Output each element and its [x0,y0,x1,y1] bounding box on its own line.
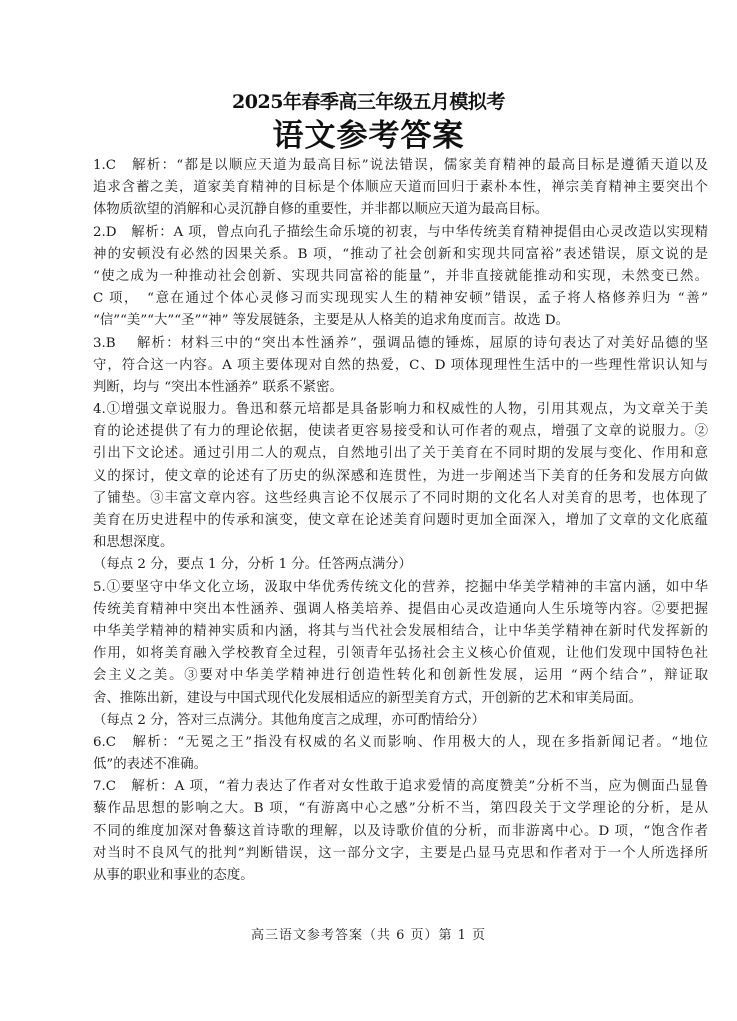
scoring-note: （每点 2 分，要点 1 分，分析 1 分。任答两点满分） [93,554,708,576]
text-line: 中华美学精神的精神实质和内涵，将其与当代社会发展相结合，让中华美学精神在新时代发… [93,621,708,643]
text-line: C 项， “意在通过个体心灵修习而实现现实人生的精神安顿”错误，孟子将人格修养归… [93,288,708,310]
text-line: 对当时不良风气的批判”判断错误，这一部分文字，主要是凸显马克思和作者对于一个人所… [93,843,708,865]
text-line: “使之成为一种推动社会创新、实现共同富裕的能量”，并非直接就能推动和实现，未然变… [93,266,708,288]
text-line: 2.D 解析：A 项，曾点向孔子描绘生命乐境的初衷，与中华传统美育精神提倡由心灵… [93,222,708,244]
answers-body: 1.C 解析：“都是以顺应天道为最高目标”说法错误，儒家美育精神的最高目标是遵循… [93,155,708,887]
text-line: 3.B 解析：材料三中的“突出本性涵养”，强调品德的锤炼，屈原的诗句表达了对美好… [93,333,708,355]
text-line: 不同的维度加深对鲁藜这首诗歌的理解，以及诗歌价值的分析，而非游离中心。D 项，“… [93,821,708,843]
text-line: 义的探讨，使文章的论述有了历史的纵深感和连贯性，为进一步阐述当下美育的任务和发展… [93,466,708,488]
text-line: 7.C 解析：A 项，“着力表达了作者对女性敢于追求爱情的高度赞美”分析不当，应… [93,776,708,798]
text-line: “信”“美”“大”“圣”“神” 等发展链条，主要是从人格美的追求角度而言。故选 … [93,310,708,332]
text-line: 育的论述提供了有力的理论依据，使读者更容易接受和认可作者的观点，增强了文章的说服… [93,421,708,443]
text-line: 从事的职业和事业的态度。 [93,865,708,887]
text-line: 和思想深度。 [93,532,708,554]
text-line: 会主义之美。③要对中华美学精神进行创造性转化和创新性发展，运用 “两个结合”，辩… [93,665,708,687]
answer-q1: 1.C 解析：“都是以顺应天道为最高目标”说法错误，儒家美育精神的最高目标是遵循… [93,155,708,222]
text-line: 5.①要坚守中华文化立场，汲取中华优秀传统文化的营养，挖掘中华美学精神的丰富内涵… [93,577,708,599]
text-line: 1.C 解析：“都是以顺应天道为最高目标”说法错误，儒家美育精神的最高目标是遵循… [93,155,708,177]
answer-q5: 5.①要坚守中华文化立场，汲取中华优秀传统文化的营养，挖掘中华美学精神的丰富内涵… [93,577,708,732]
answer-q6: 6.C 解析：“无冕之王”指没有权威的名义而影响、作用极大的人，现在多指新闻记者… [93,732,708,776]
answer-q4: 4.①增强文章说服力。鲁迅和蔡元培都是具备影响力和权威性的人物，引用其观点，为文… [93,399,708,577]
document-title: 语文参考答案 [0,110,737,155]
text-line: 传统美育精神中突出本性涵养、强调人格美培养、提倡由心灵改造通向人生乐境等内容。②… [93,599,708,621]
answer-q2: 2.D 解析：A 项，曾点向孔子描绘生命乐境的初衷，与中华传统美育精神提倡由心灵… [93,222,708,333]
text-line: 判断，均与 “突出本性涵养” 联系不紧密。 [93,377,708,399]
text-line: 美育在历史进程中的传承和演变，使文章在论述美育问题时更加全面深入，增加了文章的文… [93,510,708,532]
page-footer: 高三语文参考答案（共 6 页）第 1 页 [0,924,737,943]
text-line: 体物质欲望的消解和心灵沉静自修的重要性，并非都以顺应天道为最高目标。 [93,199,708,221]
scoring-note: （每点 2 分，答对三点满分。其他角度言之成理，亦可酌情给分） [93,710,708,732]
text-line: 神的安顿没有必然的因果关系。B 项，“推动了社会创新和实现共同富裕”表述错误，原… [93,244,708,266]
text-line: 藜作品思想的影响之大。B 项，“有游离中心之感”分析不当，第四段关于文学理论的分… [93,798,708,820]
text-line: 追求含蓄之美，道家美育精神的目标是个体顺应天道而回归于素朴本性，禅宗美育精神主要… [93,177,708,199]
text-line: 了铺垫。③丰富文章内容。这些经典言论不仅展示了不同时期的文化名人对美育的思考，也… [93,488,708,510]
text-line: 引出下文论述。通过引用二人的观点，自然地引出了关于美育在不同时期的发展与变化、作… [93,443,708,465]
text-line: 4.①增强文章说服力。鲁迅和蔡元培都是具备影响力和权威性的人物，引用其观点，为文… [93,399,708,421]
text-line: 低”的表述不准确。 [93,754,708,776]
text-line: 舍、推陈出新，建设与中国式现代化发展相适应的新型美育方式，开创新的艺术和审美局面… [93,688,708,710]
text-line: 6.C 解析：“无冕之王”指没有权威的名义而影响、作用极大的人，现在多指新闻记者… [93,732,708,754]
text-line: 守，符合这一内容。A 项主要体现对自然的热爱，C、D 项体现理性生活中的一些理性… [93,355,708,377]
answer-q3: 3.B 解析：材料三中的“突出本性涵养”，强调品德的锤炼，屈原的诗句表达了对美好… [93,333,708,400]
answer-sheet-page: 2025年春季高三年级五月模拟考 语文参考答案 1.C 解析：“都是以顺应天道为… [0,0,737,1021]
text-line: 作用，如将美育融入学校教育全过程，引领青年弘扬社会主义核心价值观，让他们发现中国… [93,643,708,665]
answer-q7: 7.C 解析：A 项，“着力表达了作者对女性敢于追求爱情的高度赞美”分析不当，应… [93,776,708,887]
